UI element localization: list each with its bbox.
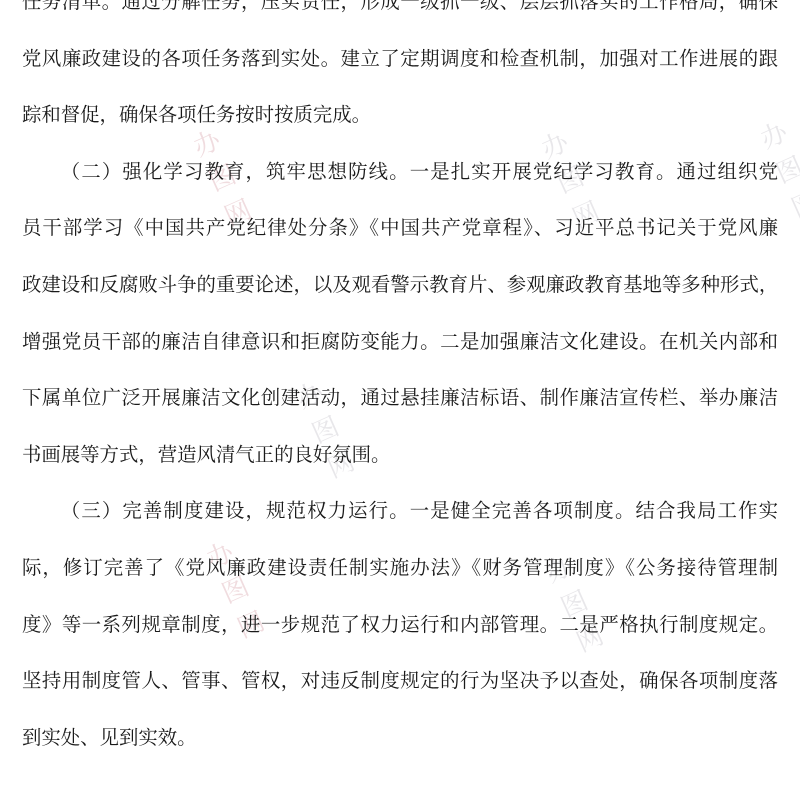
document-line: （二）强化学习教育，筑牢思想防线。一是扎实开展党纪学习教育。通过组织党: [22, 144, 778, 201]
document-line: 政建设和反腐败斗争的重要论述，以及观看警示教育片、参观廉政教育基地等多种形式，: [22, 257, 778, 314]
document-line: 任务清单。通过分解任务，压实责任，形成一级抓一级、层层抓落实的工作格局，确保: [22, 0, 778, 31]
document-line: 员干部学习《中国共产党纪律处分条》《中国共产党章程》、习近平总书记关于党风廉: [22, 200, 778, 257]
document-text: 任务清单。通过分解任务，压实责任，形成一级抓一级、层层抓落实的工作格局，确保党风…: [22, 0, 778, 766]
document-line: 下属单位广泛开展廉洁文化创建活动，通过悬挂廉洁标语、制作廉洁宣传栏、举办廉洁: [22, 370, 778, 427]
document-line: 到实处、见到实效。: [22, 710, 778, 767]
document-line: 坚持用制度管人、管事、管权，对违反制度规定的行为坚决予以查处，确保各项制度落: [22, 653, 778, 710]
document-line: 党风廉政建设的各项任务落到实处。建立了定期调度和检查机制，加强对工作进展的跟: [22, 31, 778, 88]
document-line: （三）完善制度建设，规范权力运行。一是健全完善各项制度。结合我局工作实: [22, 483, 778, 540]
document-line: 度》等一系列规章制度，进一步规范了权力运行和内部管理。二是严格执行制度规定。: [22, 597, 778, 654]
document-page: 办图网 办图网 办图网 办图网 办图网 办图网 任务清单。通过分解任务，压实责任…: [0, 0, 800, 800]
document-line: 踪和督促，确保各项任务按时按质完成。: [22, 87, 778, 144]
document-line: 书画展等方式，营造风清气正的良好氛围。: [22, 427, 778, 484]
document-line: 增强党员干部的廉洁自律意识和拒腐防变能力。二是加强廉洁文化建设。在机关内部和: [22, 314, 778, 371]
document-line: 际，修订完善了《党风廉政建设责任制实施办法》《财务管理制度》《公务接待管理制: [22, 540, 778, 597]
